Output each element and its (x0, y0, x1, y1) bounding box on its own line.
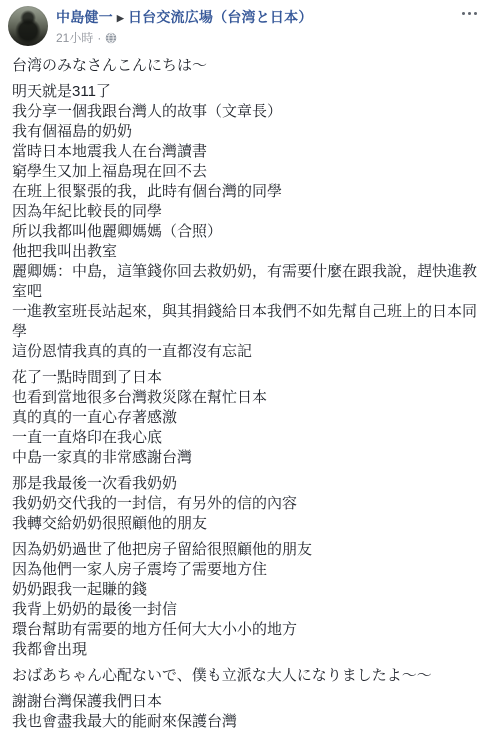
post-text-line: 我轉交給奶奶很照顧他的朋友 (12, 514, 479, 534)
post-text-line: 也看到當地很多台灣救災隊在幫忙日本 (12, 388, 479, 408)
post-text-line: 他把我叫出教室 (12, 242, 479, 262)
post-paragraph: おばあちゃん心配ないで、僕も立派な大人になりましたよ～～ (12, 666, 479, 686)
post-text-line: 明天就是311了 (12, 82, 479, 102)
post-text-line: 真的真的一直心存著感激 (12, 408, 479, 428)
ellipsis-icon (462, 12, 465, 15)
post-title-line: 中島健一▶日台交流広場（台湾と日本） (56, 8, 479, 28)
post-text-line: 窮學生又加上福島現在回不去 (12, 162, 479, 182)
post-paragraph: 謝謝台灣保護我們日本 我也會盡我最大的能耐來保護台灣 (12, 692, 479, 732)
facebook-post: 中島健一▶日台交流広場（台湾と日本） 21小時 · 台湾のみなさんこんにちは～ (0, 0, 491, 732)
post-text-line: 奶奶跟我一起賺的錢 (12, 580, 479, 600)
header-text: 中島健一▶日台交流広場（台湾と日本） 21小時 · (56, 6, 479, 46)
group-link[interactable]: 日台交流広場（台湾と日本） (128, 9, 313, 25)
avatar[interactable] (8, 6, 48, 46)
post-text-line: 我奶奶交代我的一封信，有另外的信的內容 (12, 494, 479, 514)
post-paragraph: 那是我最後一次看我奶奶 我奶奶交代我的一封信，有另外的信的內容 我轉交給奶奶很照… (12, 474, 479, 534)
author-link[interactable]: 中島健一 (56, 9, 113, 25)
timestamp-link[interactable]: 21小時 (56, 30, 93, 46)
post-paragraph: 台湾のみなさんこんにちは～ (12, 56, 479, 76)
post-text-line: 當時日本地震我人在台灣讀書 (12, 142, 479, 162)
post-text-line: 一直一直烙印在我心底 (12, 428, 479, 448)
post-text-line: 所以我都叫他麗卿媽媽（合照） (12, 222, 479, 242)
ellipsis-icon (474, 12, 477, 15)
post-text-line: 因為年紀比較長的同學 (12, 202, 479, 222)
post-text-line: 我有個福島的奶奶 (12, 122, 479, 142)
globe-icon (105, 32, 117, 44)
post-text-line: 我背上奶奶的最後一封信 (12, 600, 479, 620)
post-options-button[interactable] (460, 8, 479, 19)
post-text-line: 在班上很緊張的我，此時有個台灣的同學 (12, 182, 479, 202)
post-body: 台湾のみなさんこんにちは～ 明天就是311了 我分享一個我跟台灣人的故事（文章長… (0, 46, 491, 732)
post-header: 中島健一▶日台交流広場（台湾と日本） 21小時 · (0, 0, 491, 46)
post-text-line: 謝謝台灣保護我們日本 (12, 692, 479, 712)
post-meta: 21小時 · (56, 30, 479, 46)
post-text-line: 我都會出現 (12, 640, 479, 660)
post-text-line: おばあちゃん心配ないで、僕も立派な大人になりましたよ～～ (12, 666, 479, 686)
post-text-line: 一進教室班長站起來，與其捐錢給日本我們不如先幫自己班上的日本同學 (12, 302, 479, 342)
post-text-line: 我分享一個我跟台灣人的故事（文章長） (12, 102, 479, 122)
post-text-line: 花了一點時間到了日本 (12, 368, 479, 388)
ellipsis-icon (468, 12, 471, 15)
post-text-line: 環台幫助有需要的地方任何大大小小的地方 (12, 620, 479, 640)
post-text-line: 台湾のみなさんこんにちは～ (12, 56, 479, 76)
post-text-line: 因為奶奶過世了他把房子留給很照顧他的朋友 (12, 540, 479, 560)
post-paragraph: 因為奶奶過世了他把房子留給很照顧他的朋友 因為他們一家人房子震垮了需要地方住 奶… (12, 540, 479, 660)
post-text-line: 那是我最後一次看我奶奶 (12, 474, 479, 494)
post-text-line: 因為他們一家人房子震垮了需要地方住 (12, 560, 479, 580)
post-text-line: 中島一家真的非常感謝台灣 (12, 448, 479, 468)
post-text-line: 麗卿媽：中島，這筆錢你回去救奶奶，有需要什麼在跟我說，趕快進教室吧 (12, 262, 479, 302)
arrow-right-icon: ▶ (117, 9, 124, 27)
post-paragraph: 花了一點時間到了日本 也看到當地很多台灣救災隊在幫忙日本 真的真的一直心存著感激… (12, 368, 479, 468)
post-paragraph: 明天就是311了 我分享一個我跟台灣人的故事（文章長） 我有個福島的奶奶 當時日… (12, 82, 479, 362)
meta-separator: · (97, 30, 101, 46)
post-text-line: 我也會盡我最大的能耐來保護台灣 (12, 712, 479, 732)
post-text-line: 這份恩情我真的真的一直都沒有忘記 (12, 342, 479, 362)
